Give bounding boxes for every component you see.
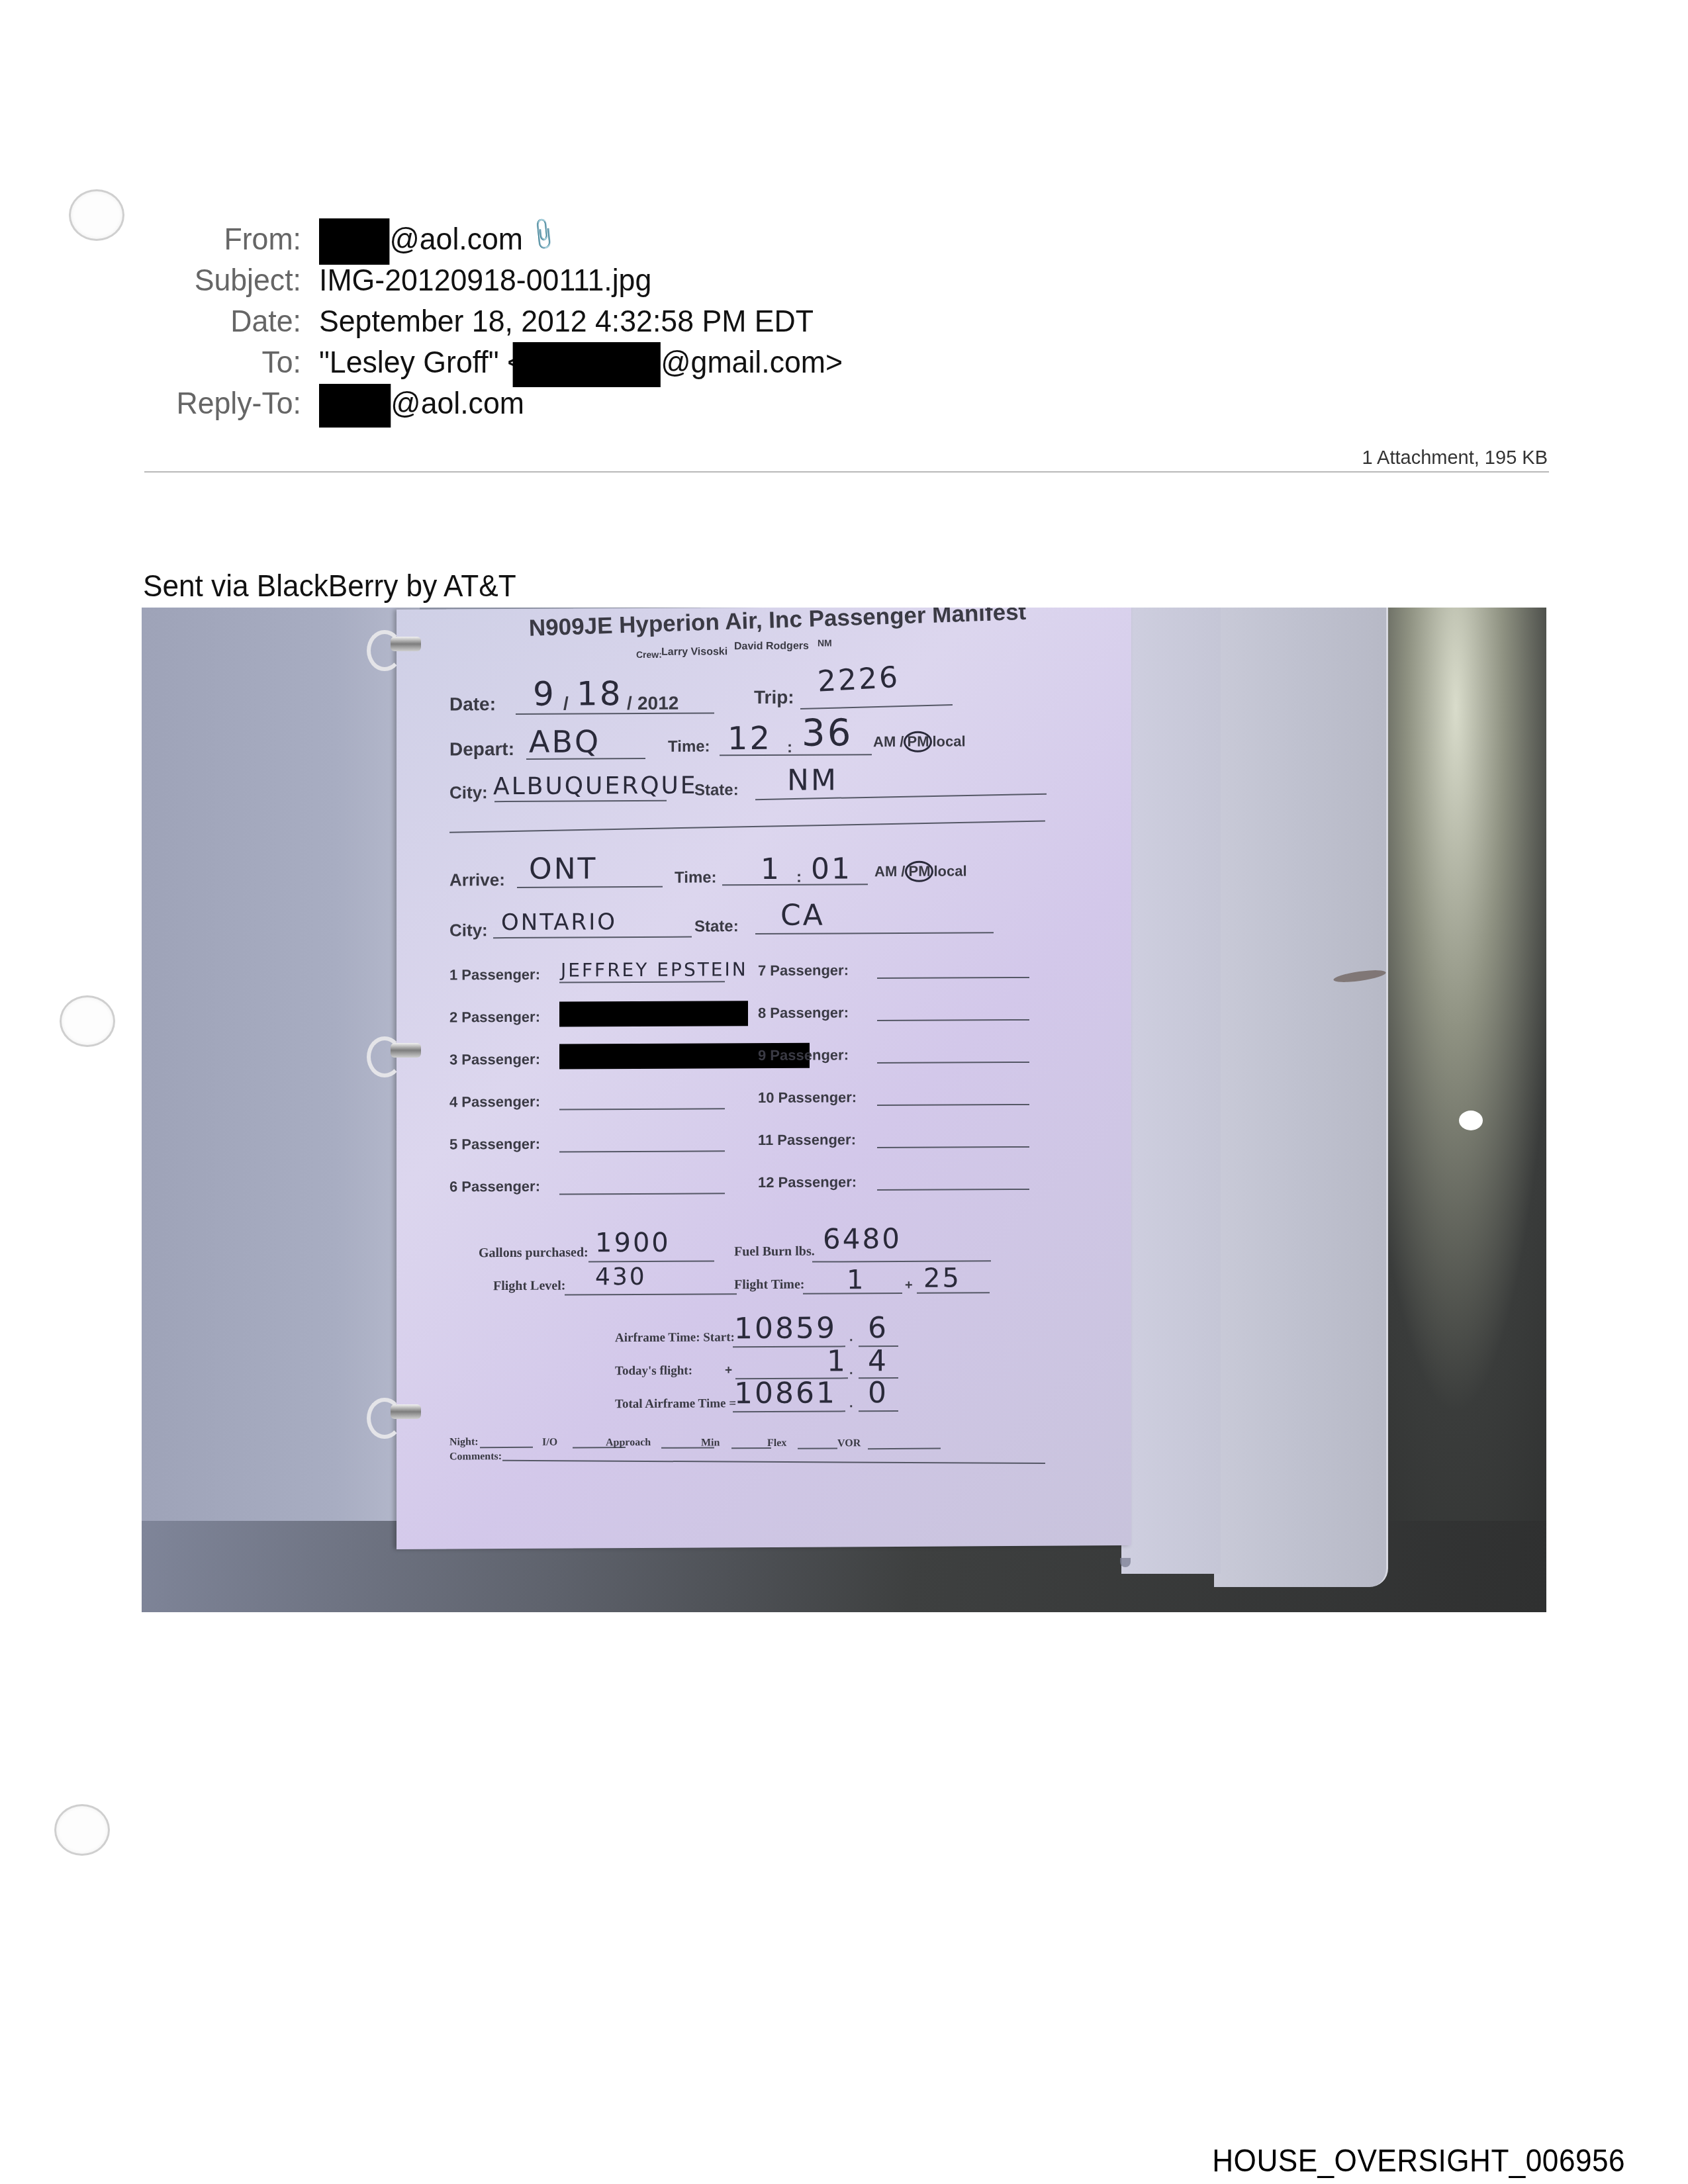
passenger-label: 12 Passenger: [758,1173,857,1191]
depart-state-label: State: [694,781,739,799]
binder-ring [367,1402,426,1424]
decimal-point: . [849,1330,853,1345]
depart-state: NM [787,763,838,797]
from-value: @aol.com📎 [319,218,552,265]
fuel-burn-line [812,1260,991,1262]
from-label: From: [37,218,301,259]
date-separator: / [563,694,569,715]
passenger-label: 5 Passenger: [449,1136,540,1154]
total-airframe-label: Total Airframe Time = [615,1396,736,1412]
time-separator: : [796,868,802,887]
depart-time-minute: 36 [802,711,853,754]
local-label: local [933,862,966,879]
passenger-line [877,1146,1029,1148]
email-signature: Sent via BlackBerry by AT&T [143,568,516,604]
redaction-block [559,1001,748,1026]
approach-line [731,1447,771,1449]
arrive-city-label: City: [449,920,488,940]
attached-photo[interactable]: N909JE Hyperion Air, Inc Passenger Manif… [142,608,1546,1612]
to-value: "Lesley Groff" <@gmail.com> [319,341,843,387]
crew-label: Crew: [636,649,662,660]
paperclip-icon: 📎 [522,210,566,259]
todays-flight-tenth: 4 [868,1344,888,1378]
manifest-sheet: N909JE Hyperion Air, Inc Passenger Manif… [397,608,1131,1549]
plus-sign: + [725,1363,732,1378]
total-airframe-tenth-line [859,1410,898,1412]
approach-label: Flex [767,1437,786,1449]
pm-option-circled: PM [904,731,932,752]
trip-value: 2226 [817,660,900,699]
to-label: To: [37,341,301,383]
subject-value: IMG-20120918-00111.jpg [319,259,651,300]
passenger-label: 6 Passenger: [449,1178,540,1196]
flight-time-label: Flight Time: [734,1277,804,1293]
todays-flight-label: Today's flight: [615,1364,692,1379]
date-label: Date: [449,694,496,715]
arrive-time-label: Time: [675,868,717,887]
passenger-line [877,1104,1029,1106]
passenger-line [559,1108,725,1110]
total-airframe-tenth: 0 [868,1376,888,1410]
passenger-label: 2 Passenger: [449,1009,540,1026]
attachment-summary[interactable]: 1 Attachment, 195 KB [1362,447,1548,469]
am-option: AM / [873,733,904,750]
fuel-burn-value: 6480 [823,1222,902,1255]
arrive-time-minute: 01 [811,852,852,886]
depart-time-label: Time: [668,737,710,756]
approach-label: Night: [449,1436,479,1448]
arrive-state-label: State: [694,917,739,936]
passenger-line [877,977,1029,979]
flight-time-minute: 25 [923,1263,961,1293]
reply-to-label: Reply-To: [37,383,301,424]
depart-code: ABQ [529,723,600,760]
passenger-line [559,1193,725,1195]
arrive-code: ONT [529,852,597,886]
depart-city: ALBUQUERQUE [493,772,698,801]
date-label: Date: [37,300,301,341]
date-year: 2012 [637,693,679,714]
date-month: 9 [533,675,556,713]
passenger-label: 8 Passenger: [758,1004,849,1022]
date-separator: / [627,693,632,714]
flight-time-hour: 1 [847,1265,865,1295]
passenger-name: JEFFREY EPSTEIN [561,958,748,981]
binder-ring [367,634,426,657]
passenger-line [559,981,725,983]
passenger-label: 10 Passenger: [758,1089,857,1107]
flight-level-label: Flight Level: [493,1279,565,1295]
binder-back-pages [1214,608,1388,1587]
depart-label: Depart: [449,739,514,760]
arrive-time-hour: 1 [761,852,781,886]
approach-line [480,1447,533,1448]
approach-label: I/O [542,1437,557,1449]
arrive-state: CA [780,899,825,933]
approach-label: Min [701,1437,720,1449]
crew-member: NM [818,637,832,648]
local-label: local [932,733,965,749]
passenger-label: 9 Passenger: [758,1046,849,1064]
binder-cover [142,608,420,1612]
depart-time-hour: 12 [727,720,772,757]
redaction-block [513,342,661,387]
passenger-line [877,1062,1029,1064]
header-divider [144,471,1549,473]
bates-number: HOUSE_OVERSIGHT_006956 [1212,2143,1625,2179]
decimal-point: . [849,1396,853,1411]
crew-member: David Rodgers [734,641,809,653]
passenger-label: 3 Passenger: [449,1051,540,1069]
comments-line [502,1460,1045,1464]
trip-line [800,704,953,709]
arrive-city-line [493,936,692,939]
manifest-title: N909JE Hyperion Air, Inc Passenger Manif… [528,608,1026,642]
date-day: 18 [577,674,623,713]
passenger-line [877,1019,1029,1021]
crew-member: Larry Visoski [661,646,727,659]
approach-label: VOR [837,1437,861,1449]
flight-time-separator: + [905,1278,913,1293]
passenger-line [559,1150,725,1152]
light-glint [1459,1111,1483,1130]
approach-line [798,1447,837,1449]
comments-label: Comments: [449,1451,502,1463]
time-separator: : [787,739,792,757]
todays-flight-whole: 1 [827,1344,847,1378]
redaction-block [319,384,391,428]
flight-level-line [565,1293,737,1295]
arrive-city: ONTARIO [501,909,617,936]
reply-to-value: @aol.com [319,383,524,428]
total-airframe-whole: 10861 [734,1376,837,1410]
gallons-label: Gallons purchased: [479,1245,588,1261]
decimal-point: . [849,1363,853,1378]
redaction-block [319,218,389,265]
flight-level-value: 430 [595,1263,647,1291]
gallons-value: 1900 [595,1228,671,1259]
approach-line [868,1448,941,1450]
approach-label: Approach [606,1437,651,1449]
depart-ampm: AM /PMlocal [873,731,966,752]
gallons-line [588,1260,714,1262]
depart-city-label: City: [449,782,488,803]
date-value: September 18, 2012 4:32:58 PM EDT [319,300,814,341]
airframe-start-label: Airframe Time: Start: [615,1330,735,1345]
depart-city-line [494,800,667,802]
passenger-line [877,1189,1029,1191]
arrive-label: Arrive: [449,870,505,890]
separator-line [449,820,1045,833]
passenger-label: 11 Passenger: [758,1131,856,1149]
fuel-burn-label: Fuel Burn lbs. [734,1244,815,1260]
trip-label: Trip: [754,687,794,708]
subject-label: Subject: [37,259,301,300]
binder-pages [1121,608,1221,1574]
am-option: AM / [874,863,905,880]
passenger-label: 1 Passenger: [449,966,540,984]
binder-ring [367,1040,426,1063]
hole-punch [54,1804,110,1856]
arrive-ampm: AM /PMlocal [874,860,967,882]
airframe-start-tenth: 6 [868,1311,888,1345]
passenger-label: 7 Passenger: [758,962,849,979]
arrive-line [517,886,663,888]
pm-option-circled: PM [905,861,933,882]
airframe-start-whole: 10859 [734,1311,837,1345]
total-airframe-line [733,1410,845,1412]
passenger-label: 4 Passenger: [449,1093,540,1111]
hole-punch [60,995,115,1047]
